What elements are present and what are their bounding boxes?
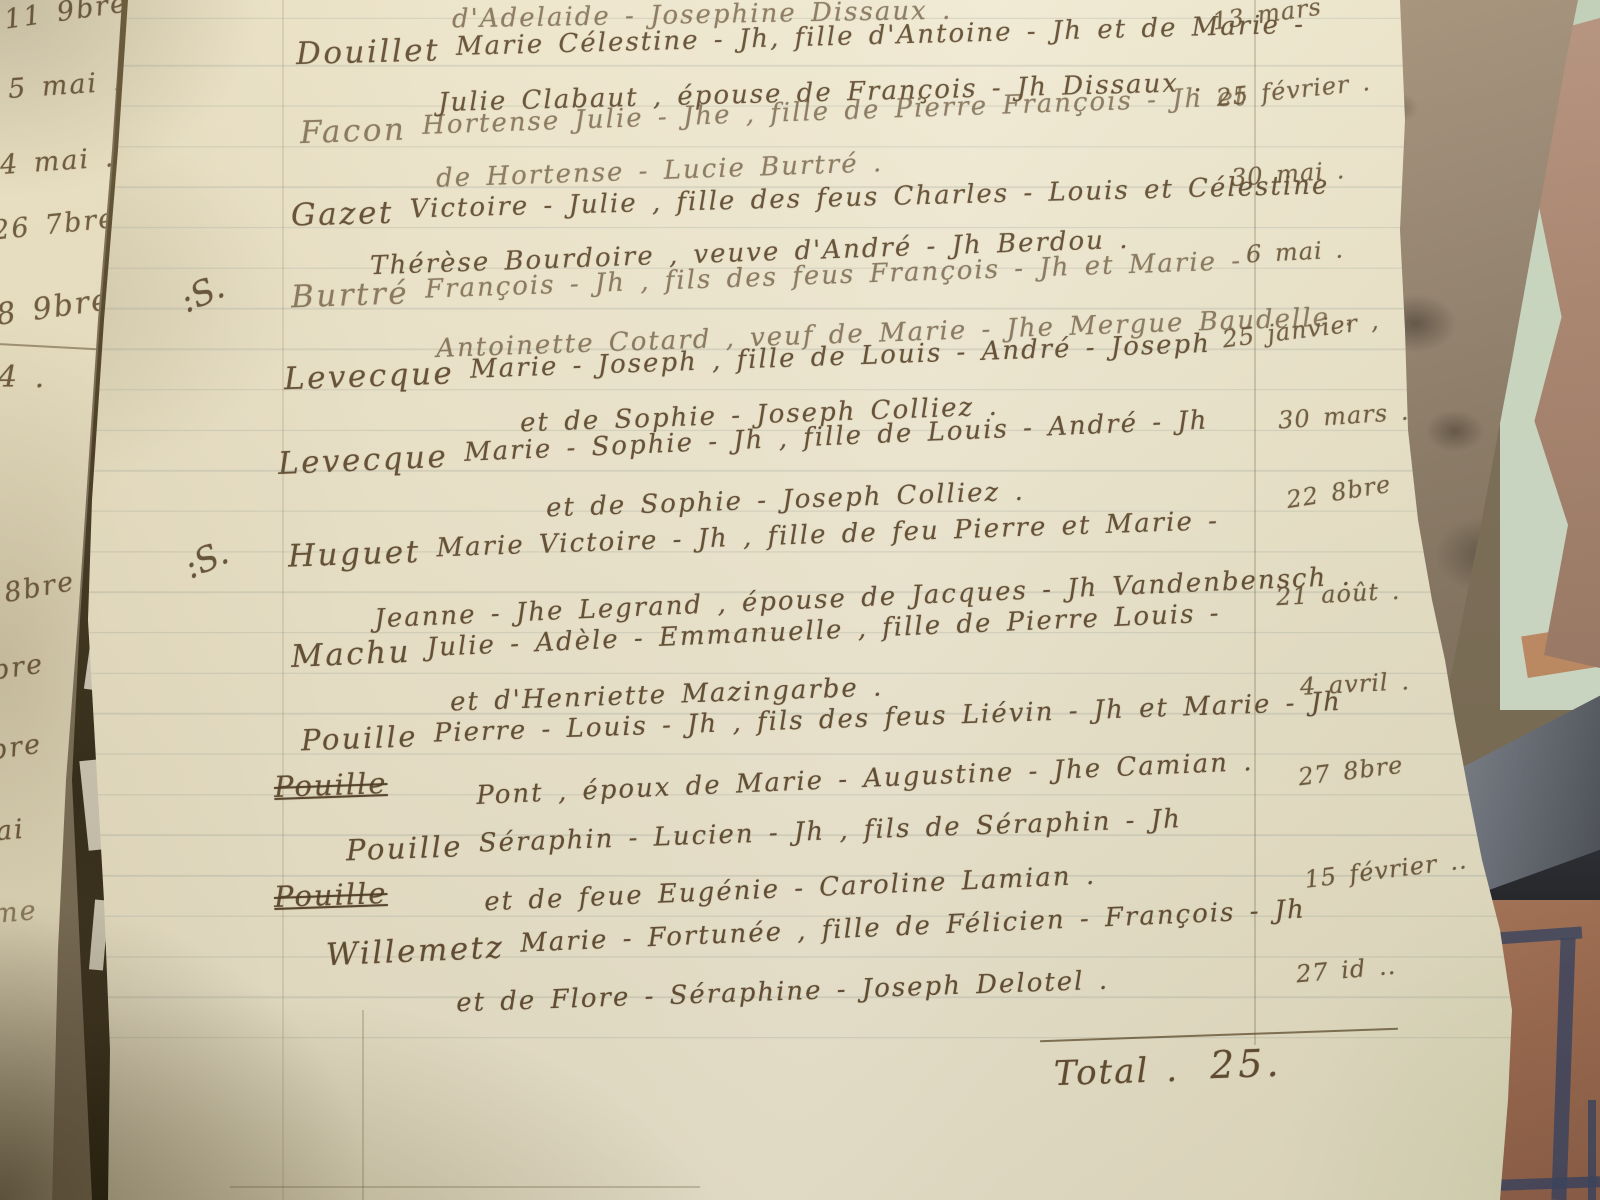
entry-line: GazetVictoire - Julie , fille des feus C… [291,194,411,233]
entry-surname: Facon [299,111,407,151]
left-page-date-fragment: ai [0,814,26,847]
date-column-rule [1254,0,1256,1045]
entry-line: LevecqueMarie - Joseph , fille de Louis … [283,355,470,397]
entry-struck-word: Pouille [273,876,388,914]
entry-line: FaconHortense Julie - Jhe , fille de Pie… [299,111,423,151]
entry-line: MachuJulie - Adèle - Emmanuelle , fille … [290,633,427,675]
entry-surname: Pouille [345,829,463,867]
entry-line: PouillePierre - Louis - Jh , fils des fe… [300,719,434,758]
entry-surname: Huguet [287,534,421,575]
fold-line [362,1010,364,1200]
entry-surname: Gazet [291,195,395,234]
left-page-date-fragment: bre [0,649,46,687]
total-label: Total . [1053,1050,1179,1094]
entry-surname: Douillet [296,32,441,72]
left-page-date-fragment: 11 9bre [2,0,129,35]
left-page-date-fragment: 5 mai . [7,66,124,105]
entry-surname: Levecque [277,439,449,482]
register-photo: 11 9bre 5 mai . 4 mai . 26 7bre . 8 9bre… [0,0,1600,1200]
left-page-date-fragment: 4 mai . [0,142,116,181]
left-page-date-fragment: me [0,895,39,930]
entry-surname: Pouille [300,719,418,757]
left-page-date-fragment: 8bre [2,566,78,609]
entry-surname: Levecque [283,355,454,397]
entry-surname: Machu [290,634,411,675]
entry-line: HuguetMarie Victoire - Jh , fille de feu… [287,533,437,574]
entry-line: DouilletMarie Célestine - Jh, fille d'An… [296,32,457,72]
bottom-ruled-line [230,1186,700,1188]
margin-rule [282,0,284,1200]
register-page: d'Adelaide - Josephine Dissaux . 13 mars… [0,0,1600,1200]
left-page-date-fragment: bre [0,729,44,767]
entry-surname: Burtré [290,275,409,315]
total-value: 25. [1209,1041,1283,1088]
entry-struck-word: Pouille [273,766,388,804]
entry-date: 6 mai . [1245,235,1344,268]
entry-line: PouilleSéraphin - Lucien - Jh , fils de … [345,829,479,868]
left-page-date-fragment: 4 . [0,360,46,395]
left-page-date-fragment: 8 9bre [0,282,113,333]
entry-line: BurtréFrançois - Jh , fils des feus Fran… [290,275,425,316]
left-page-ruled-line [0,343,108,351]
